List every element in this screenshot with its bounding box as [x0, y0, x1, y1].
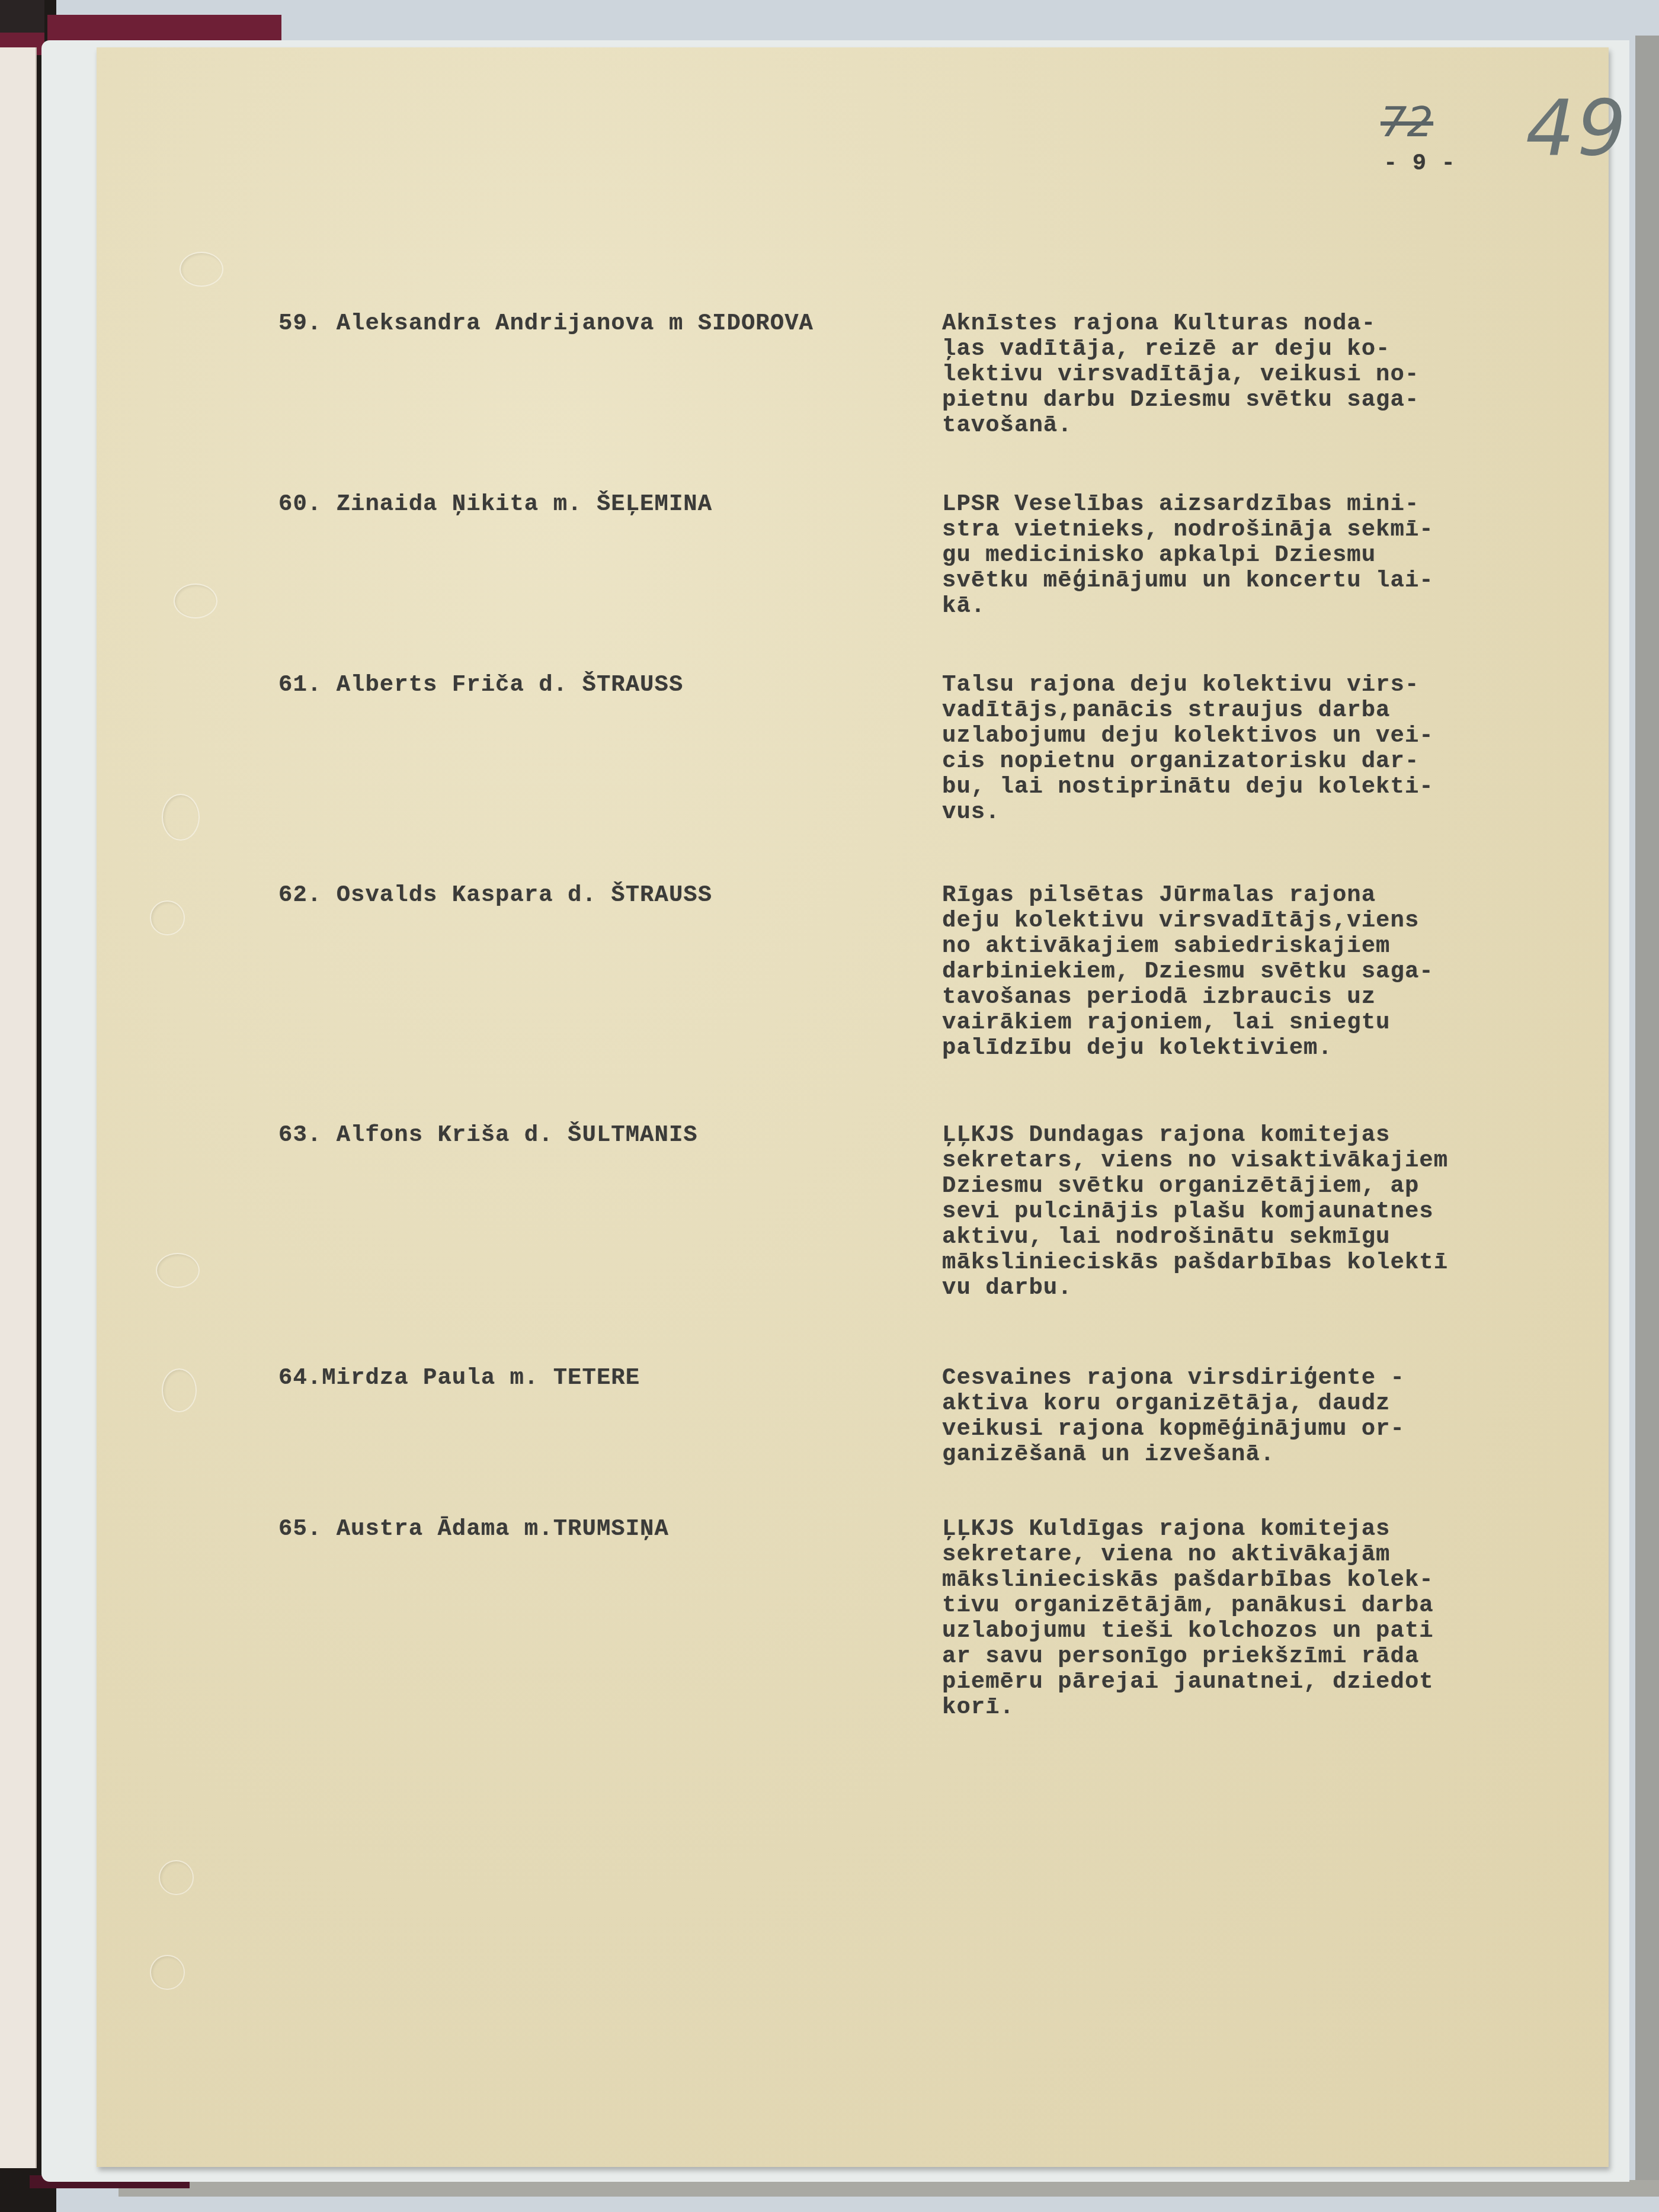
- entry-number: 62.: [278, 882, 322, 908]
- punch-hole-mark: [156, 1253, 200, 1288]
- person-name: Osvalds Kaspara d. ŠTRAUSS: [337, 882, 713, 908]
- person-name: Zinaida Ņikita m. ŠEĻEMINA: [337, 491, 713, 517]
- description-line: LPSR Veselības aizsardzības mini-: [942, 492, 1434, 517]
- description-line: piemēru pārejai jaunatnei, dziedot: [942, 1669, 1434, 1695]
- person-name: Austra Ādama m.TRUMSIŅA: [337, 1516, 669, 1542]
- punch-hole-mark: [174, 584, 217, 618]
- previous-page-edge: [0, 47, 37, 2168]
- description-line: pietnu darbu Dziesmu svētku saga-: [942, 387, 1419, 413]
- entry-person-name: 64.Mirdza Paula m. TETERE: [278, 1365, 640, 1391]
- entry-description: Aknīstes rajona Kulturas noda-ļas vadītā…: [942, 311, 1419, 438]
- punch-hole-mark: [180, 252, 223, 287]
- struck-handwritten-number: 72: [1381, 98, 1433, 146]
- entry-description: ĻĻKJS Kuldīgas rajona komitejassekretare…: [942, 1517, 1434, 1720]
- description-line: svētku mēģinājumu un koncertu lai-: [942, 568, 1434, 594]
- description-line: vu darbu.: [942, 1275, 1448, 1301]
- description-line: aktiva koru organizētāja, daudz: [942, 1391, 1405, 1416]
- handwritten-folio-number: 49: [1526, 83, 1628, 173]
- description-line: kā.: [942, 594, 1434, 619]
- entry-number: 60.: [278, 491, 322, 517]
- description-line: palīdzību deju kolektiviem.: [942, 1036, 1434, 1061]
- entry-person-name: 62. Osvalds Kaspara d. ŠTRAUSS: [278, 883, 712, 908]
- description-line: Talsu rajona deju kolektivu virs-: [942, 672, 1434, 698]
- description-line: ĻĻKJS Dundagas rajona komitejas: [942, 1123, 1448, 1148]
- entry-number: 64.: [278, 1365, 322, 1391]
- entry-number: 65.: [278, 1516, 322, 1542]
- person-name: Mirdza Paula m. TETERE: [322, 1365, 640, 1391]
- description-line: korī.: [942, 1695, 1434, 1720]
- person-name: Alberts Friča d. ŠTRAUSS: [337, 672, 684, 698]
- description-line: sevi pulcinājis plašu komjaunatnes: [942, 1199, 1448, 1224]
- entry-number: 59.: [278, 310, 322, 336]
- description-line: tivu organizētājām, panākusi darba: [942, 1593, 1434, 1618]
- punch-hole-mark: [150, 900, 185, 935]
- description-line: Rīgas pilsētas Jūrmalas rajona: [942, 883, 1434, 908]
- entry-description: Talsu rajona deju kolektivu virs-vadītāj…: [942, 672, 1434, 825]
- description-line: Dziesmu svētku organizētājiem, ap: [942, 1174, 1448, 1199]
- entry-person-name: 61. Alberts Friča d. ŠTRAUSS: [278, 672, 683, 698]
- description-line: uzlabojumu tieši kolchozos un pati: [942, 1618, 1434, 1644]
- punch-hole-mark: [159, 1860, 194, 1895]
- description-line: tavošanas periodā izbraucis uz: [942, 985, 1434, 1010]
- binder-board-edge: [1635, 36, 1659, 2192]
- description-line: tavošanā.: [942, 413, 1419, 438]
- description-line: mākslinieciskās pašdarbības kolektī: [942, 1250, 1448, 1275]
- punch-hole-mark: [162, 1368, 197, 1412]
- description-line: mākslinieciskās pašdarbības kolek-: [942, 1567, 1434, 1593]
- person-name: Alfons Kriša d. ŠULTMANIS: [337, 1122, 698, 1148]
- description-line: uzlabojumu deju kolektivos un vei-: [942, 723, 1434, 749]
- entry-description: Cesvaines rajona virsdiriģente -aktiva k…: [942, 1365, 1405, 1467]
- description-line: bu, lai nostiprinātu deju kolekti-: [942, 774, 1434, 800]
- entry-description: ĻĻKJS Dundagas rajona komitejassekretars…: [942, 1123, 1448, 1301]
- entry-description: Rīgas pilsētas Jūrmalas rajonadeju kolek…: [942, 883, 1434, 1061]
- person-name: Aleksandra Andrijanova m SIDOROVA: [337, 310, 814, 336]
- description-line: Aknīstes rajona Kulturas noda-: [942, 311, 1419, 336]
- entry-person-name: 60. Zinaida Ņikita m. ŠEĻEMINA: [278, 492, 712, 517]
- entry-person-name: 65. Austra Ādama m.TRUMSIŅA: [278, 1517, 669, 1542]
- punch-hole-mark: [150, 1955, 185, 1990]
- entry-number: 63.: [278, 1122, 322, 1148]
- page-number: - 9 -: [1383, 151, 1456, 177]
- entry-person-name: 59. Aleksandra Andrijanova m SIDOROVA: [278, 311, 814, 336]
- description-line: ĻĻKJS Kuldīgas rajona komitejas: [942, 1517, 1434, 1542]
- description-line: lektivu virsvadītāja, veikusi no-: [942, 362, 1419, 387]
- binding-cloth-top: [47, 15, 281, 41]
- description-line: sekretars, viens no visaktivākajiem: [942, 1148, 1448, 1174]
- description-line: gu medicinisko apkalpi Dziesmu: [942, 543, 1434, 568]
- description-line: deju kolektivu virsvadītājs,viens: [942, 908, 1434, 934]
- description-line: no aktivākajiem sabiedriskajiem: [942, 934, 1434, 959]
- entry-person-name: 63. Alfons Kriša d. ŠULTMANIS: [278, 1123, 698, 1148]
- description-line: ar savu personīgo priekšzīmi rāda: [942, 1644, 1434, 1669]
- punch-hole-mark: [162, 794, 200, 841]
- binder-board-bottom: [118, 2180, 1659, 2197]
- description-line: aktivu, lai nodrošinātu sekmīgu: [942, 1224, 1448, 1250]
- description-line: cis nopietnu organizatorisku dar-: [942, 749, 1434, 774]
- description-line: darbiniekiem, Dziesmu svētku saga-: [942, 959, 1434, 985]
- description-line: stra vietnieks, nodrošināja sekmī-: [942, 517, 1434, 543]
- description-line: vairākiem rajoniem, lai sniegtu: [942, 1010, 1434, 1036]
- description-line: sekretare, viena no aktivākajām: [942, 1542, 1434, 1567]
- description-line: vadītājs,panācis straujus darba: [942, 698, 1434, 723]
- description-line: vus.: [942, 800, 1434, 825]
- description-line: Cesvaines rajona virsdiriģente -: [942, 1365, 1405, 1391]
- description-line: ļas vadītāja, reizē ar deju ko-: [942, 336, 1419, 362]
- description-line: ganizēšanā un izvešanā.: [942, 1442, 1405, 1467]
- entry-number: 61.: [278, 672, 322, 698]
- entry-description: LPSR Veselības aizsardzības mini-stra vi…: [942, 492, 1434, 619]
- description-line: veikusi rajona kopmēģinājumu or-: [942, 1416, 1405, 1442]
